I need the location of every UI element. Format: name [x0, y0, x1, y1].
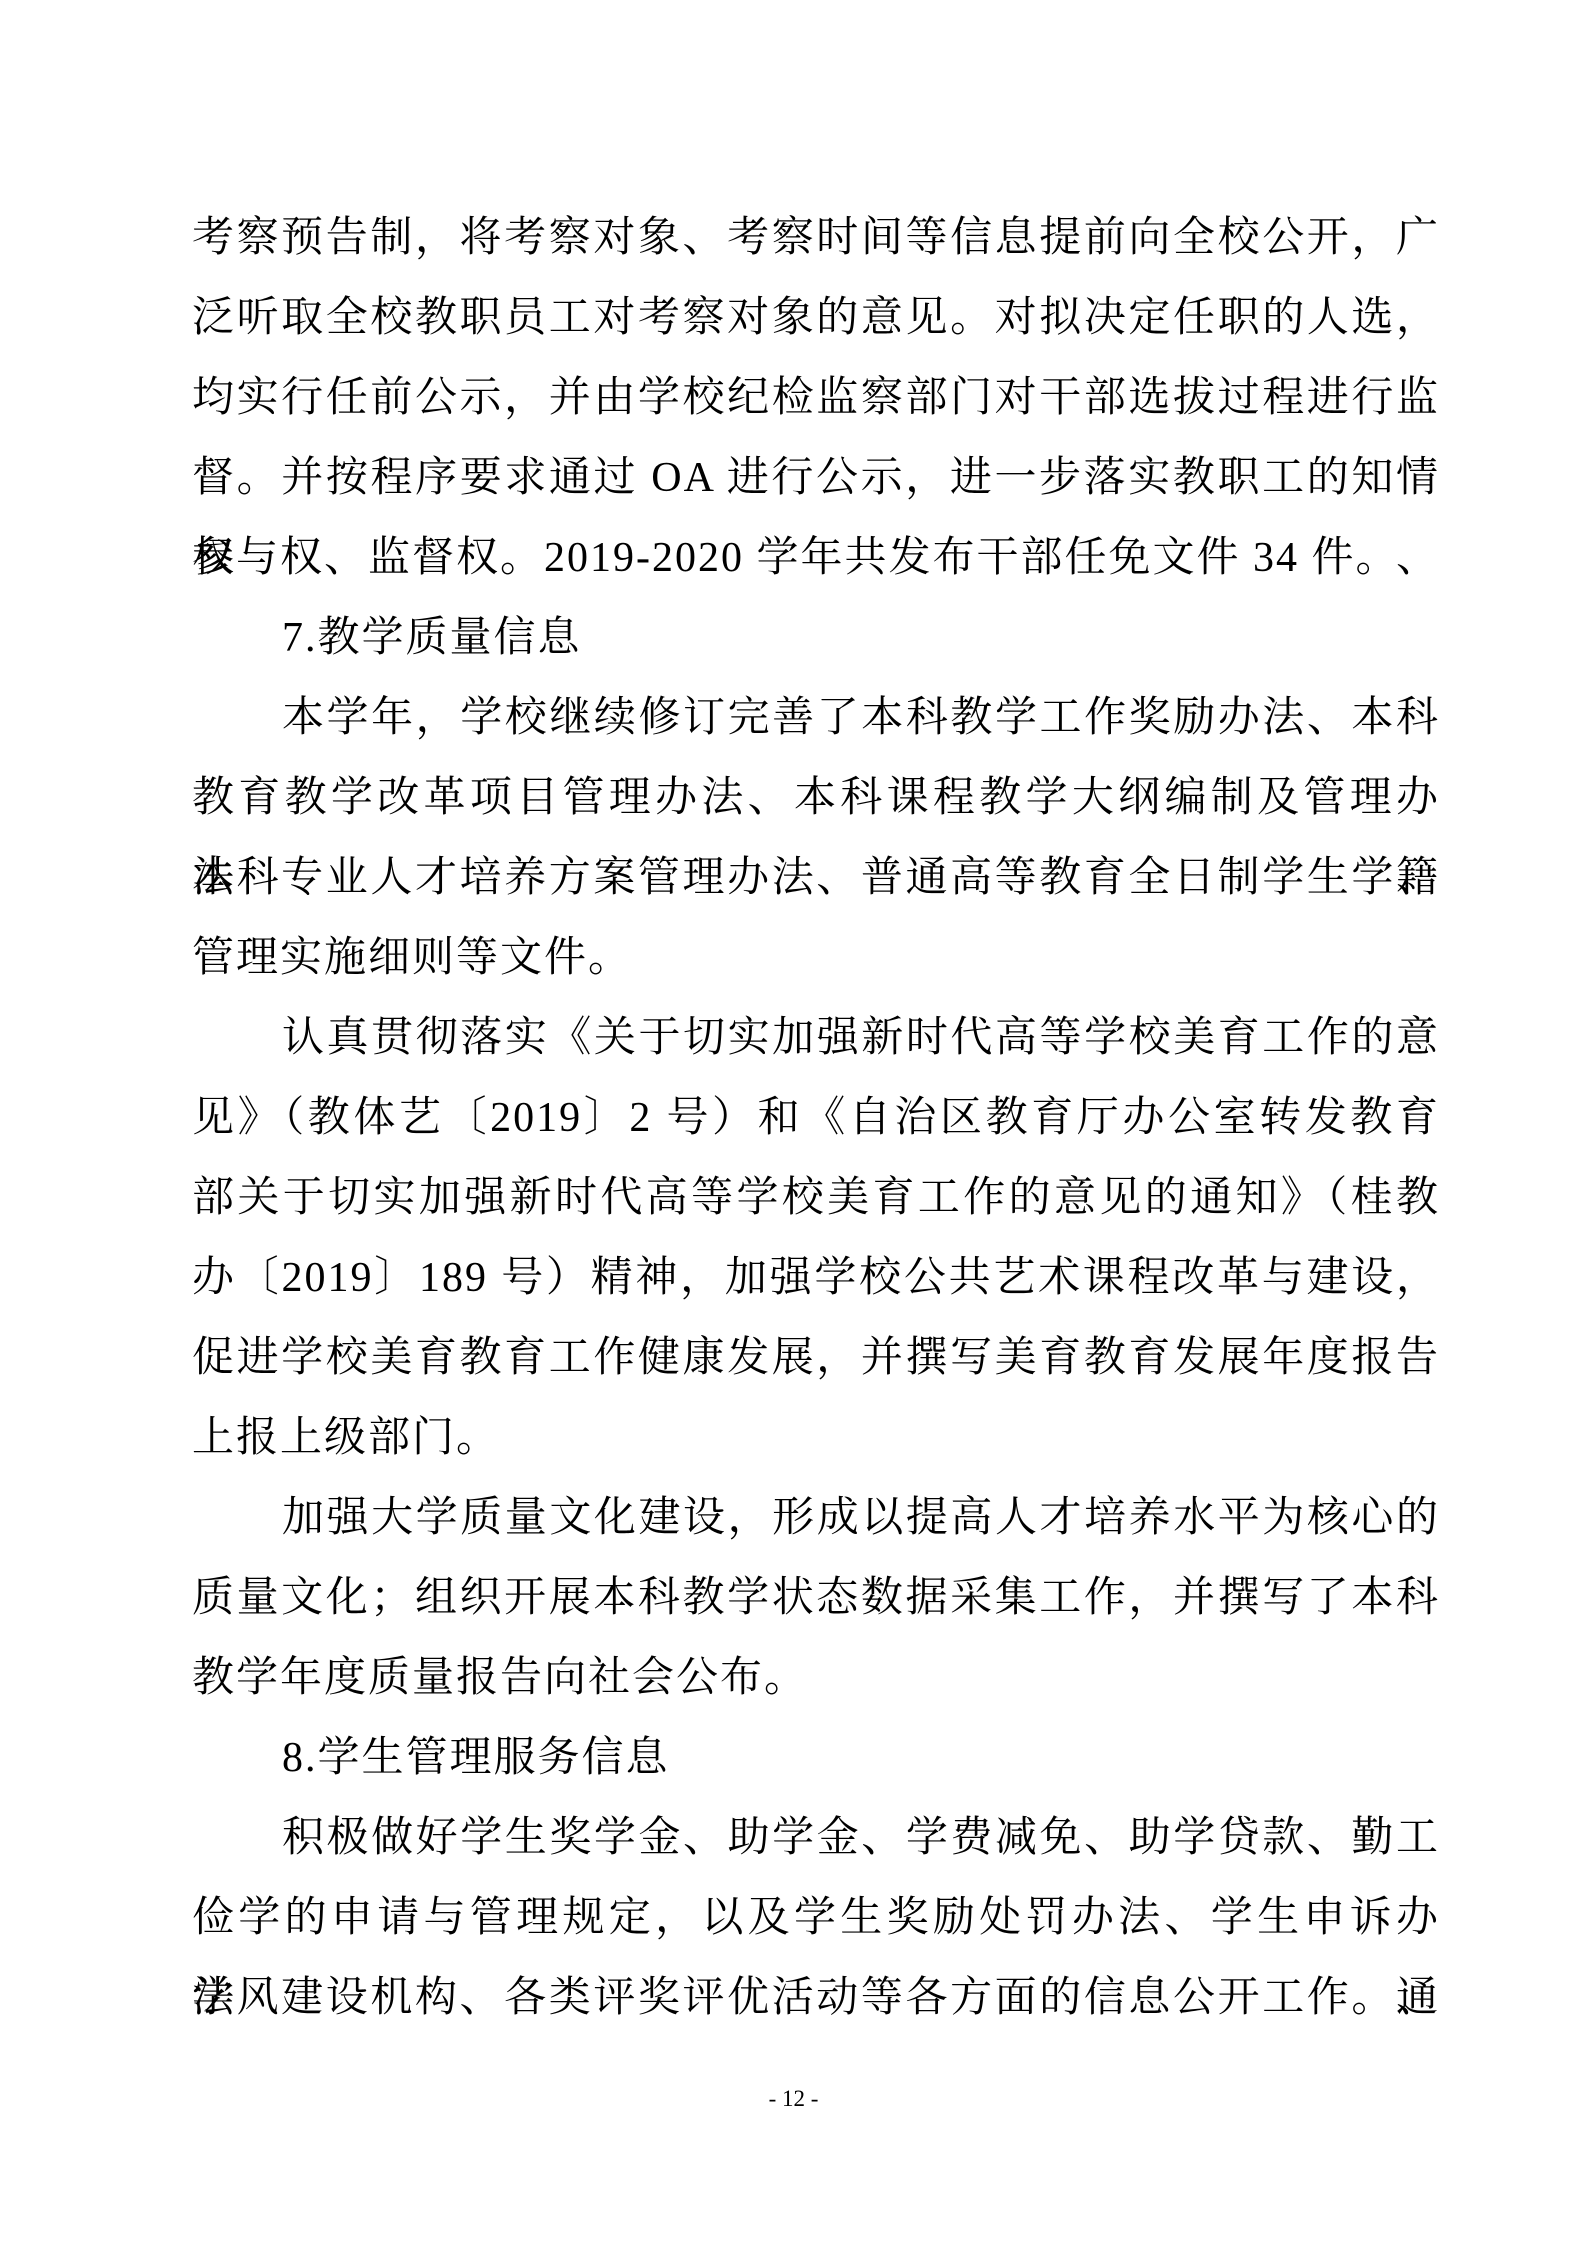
text-line: 教学年度质量报告向社会公布。: [192, 1638, 1440, 1718]
text-line: 泛听取全校教职员工对考察对象的意见。对拟决定任职的人选，: [192, 278, 1440, 358]
text-line: 办〔2019〕189 号）精神，加强学校公共艺术课程改革与建设，: [192, 1238, 1440, 1318]
text-line: 教育教学改革项目管理办法、本科课程教学大纲编制及管理办法、: [192, 758, 1440, 838]
document-body: 考察预告制，将考察对象、考察时间等信息提前向全校公开，广泛听取全校教职员工对考察…: [192, 198, 1440, 2038]
text-line: 质量文化；组织开展本科教学状态数据采集工作，并撰写了本科: [192, 1558, 1440, 1638]
text-line: 管理实施细则等文件。: [192, 918, 1440, 998]
text-line: 上报上级部门。: [192, 1398, 1440, 1478]
text-line: 考察预告制，将考察对象、考察时间等信息提前向全校公开，广: [192, 198, 1440, 278]
text-line: 均实行任前公示，并由学校纪检监察部门对干部选拔过程进行监: [192, 358, 1440, 438]
text-line: 本学年，学校继续修订完善了本科教学工作奖励办法、本科: [192, 678, 1440, 758]
text-line: 认真贯彻落实《关于切实加强新时代高等学校美育工作的意: [192, 998, 1440, 1078]
text-line: 参与权、监督权。2019-2020 学年共发布干部任免文件 34 件。: [192, 518, 1440, 598]
page-number: - 12 -: [0, 2085, 1587, 2113]
text-line: 督。并按程序要求通过 OA 进行公示，进一步落实教职工的知情权、: [192, 438, 1440, 518]
text-line: 俭学的申请与管理规定，以及学生奖励处罚办法、学生申诉办法、: [192, 1878, 1440, 1958]
text-line: 8.学生管理服务信息: [192, 1718, 1440, 1798]
text-line: 本科专业人才培养方案管理办法、普通高等教育全日制学生学籍: [192, 838, 1440, 918]
document-page: 考察预告制，将考察对象、考察时间等信息提前向全校公开，广泛听取全校教职员工对考察…: [0, 0, 1587, 2245]
text-line: 促进学校美育教育工作健康发展，并撰写美育教育发展年度报告: [192, 1318, 1440, 1398]
text-line: 见》（教体艺〔2019〕2 号）和《自治区教育厅办公室转发教育: [192, 1078, 1440, 1158]
text-line: 7.教学质量信息: [192, 598, 1440, 678]
text-line: 学风建设机构、各类评奖评优活动等各方面的信息公开工作。通: [192, 1958, 1440, 2038]
text-line: 积极做好学生奖学金、助学金、学费减免、助学贷款、勤工: [192, 1798, 1440, 1878]
text-line: 部关于切实加强新时代高等学校美育工作的意见的通知》（桂教: [192, 1158, 1440, 1238]
text-line: 加强大学质量文化建设，形成以提高人才培养水平为核心的: [192, 1478, 1440, 1558]
